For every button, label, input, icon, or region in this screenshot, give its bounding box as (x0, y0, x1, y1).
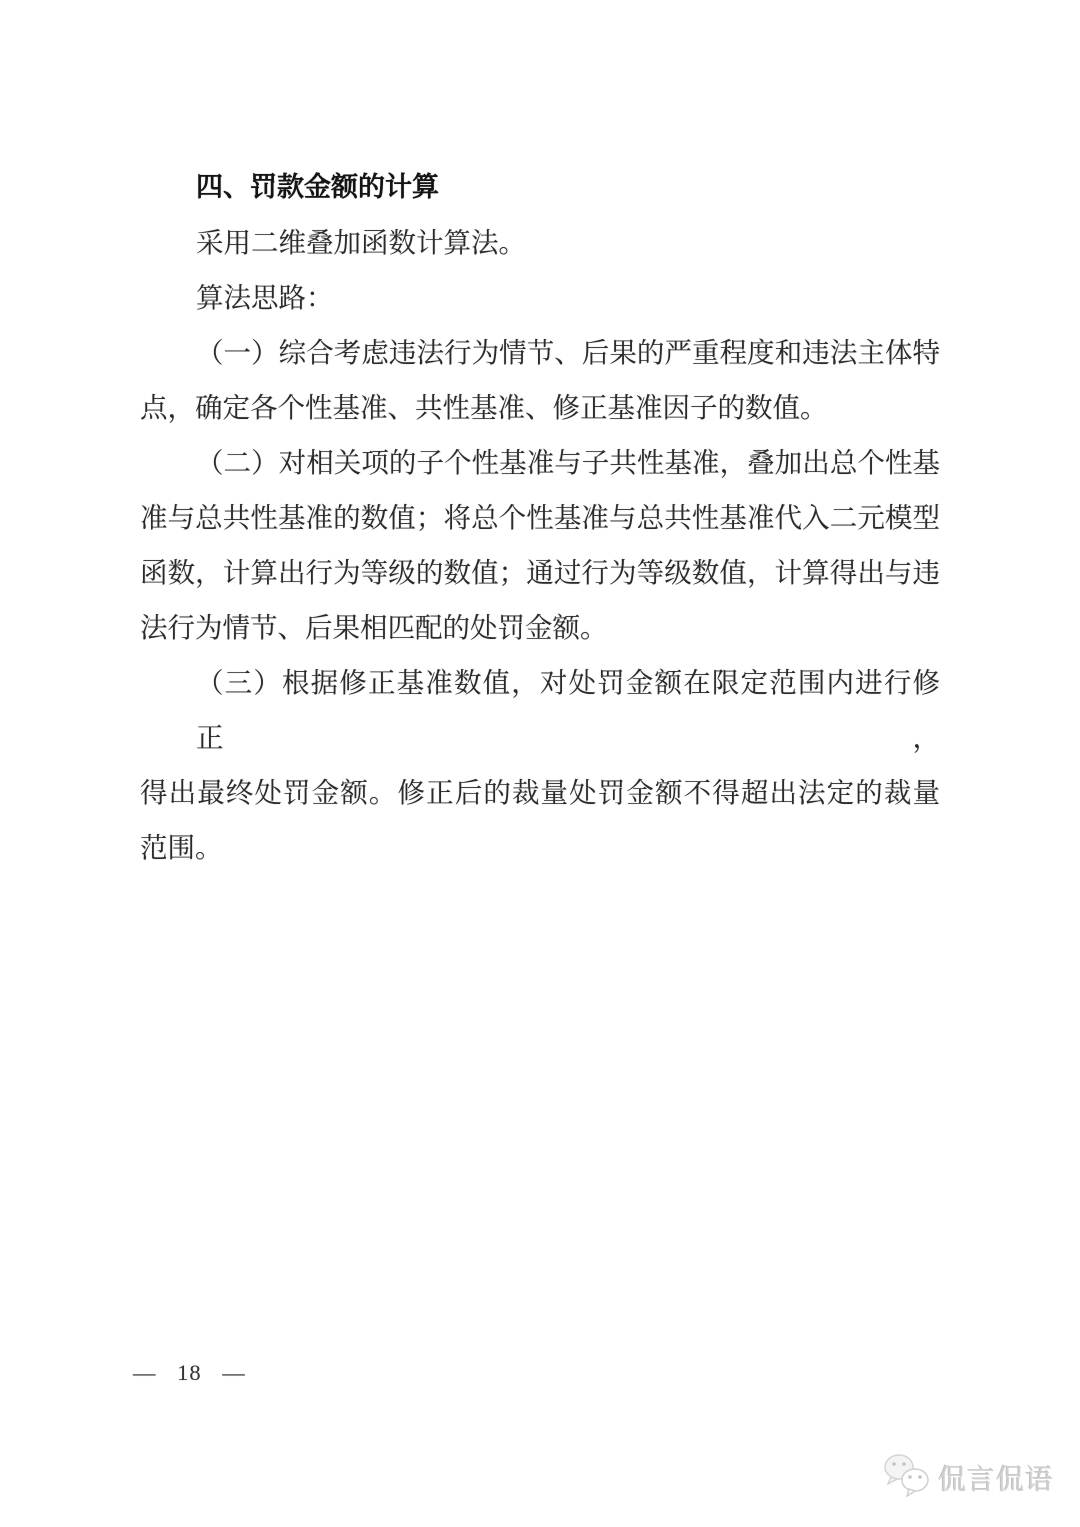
paragraph-line: 法行为情节、后果相匹配的处罚金额。 (140, 600, 940, 655)
paragraph-line: （三）根据修正基准数值，对处罚金额在限定范围内进行修正， (140, 655, 940, 765)
watermark-label: 侃言侃语 (938, 1458, 1054, 1498)
document-body: 四、罚款金额的计算 采用二维叠加函数计算法。 算法思路： （一）综合考虑违法行为… (140, 160, 940, 875)
paragraph-line: 算法思路： (140, 270, 940, 325)
paragraph-line: 点，确定各个性基准、共性基准、修正基准因子的数值。 (140, 380, 940, 435)
section-heading: 四、罚款金额的计算 (140, 160, 940, 215)
paragraph-line: 得出最终处罚金额。修正后的裁量处罚金额不得超出法定的裁量 (140, 765, 940, 820)
paragraph-line: 采用二维叠加函数计算法。 (140, 215, 940, 270)
wechat-chat-bubbles-icon (882, 1452, 932, 1503)
paragraph-line: 函数，计算出行为等级的数值；通过行为等级数值，计算得出与违 (140, 545, 940, 600)
page-number: — 18 — (133, 1345, 246, 1400)
watermark: 侃言侃语 (882, 1452, 1054, 1503)
paragraph-line: （一）综合考虑违法行为情节、后果的严重程度和违法主体特 (140, 325, 940, 380)
paragraph-line: （二）对相关项的子个性基准与子共性基准，叠加出总个性基 (140, 435, 940, 490)
paragraph-line: 范围。 (140, 820, 940, 875)
paragraph-line: 准与总共性基准的数值；将总个性基准与总共性基准代入二元模型 (140, 490, 940, 545)
